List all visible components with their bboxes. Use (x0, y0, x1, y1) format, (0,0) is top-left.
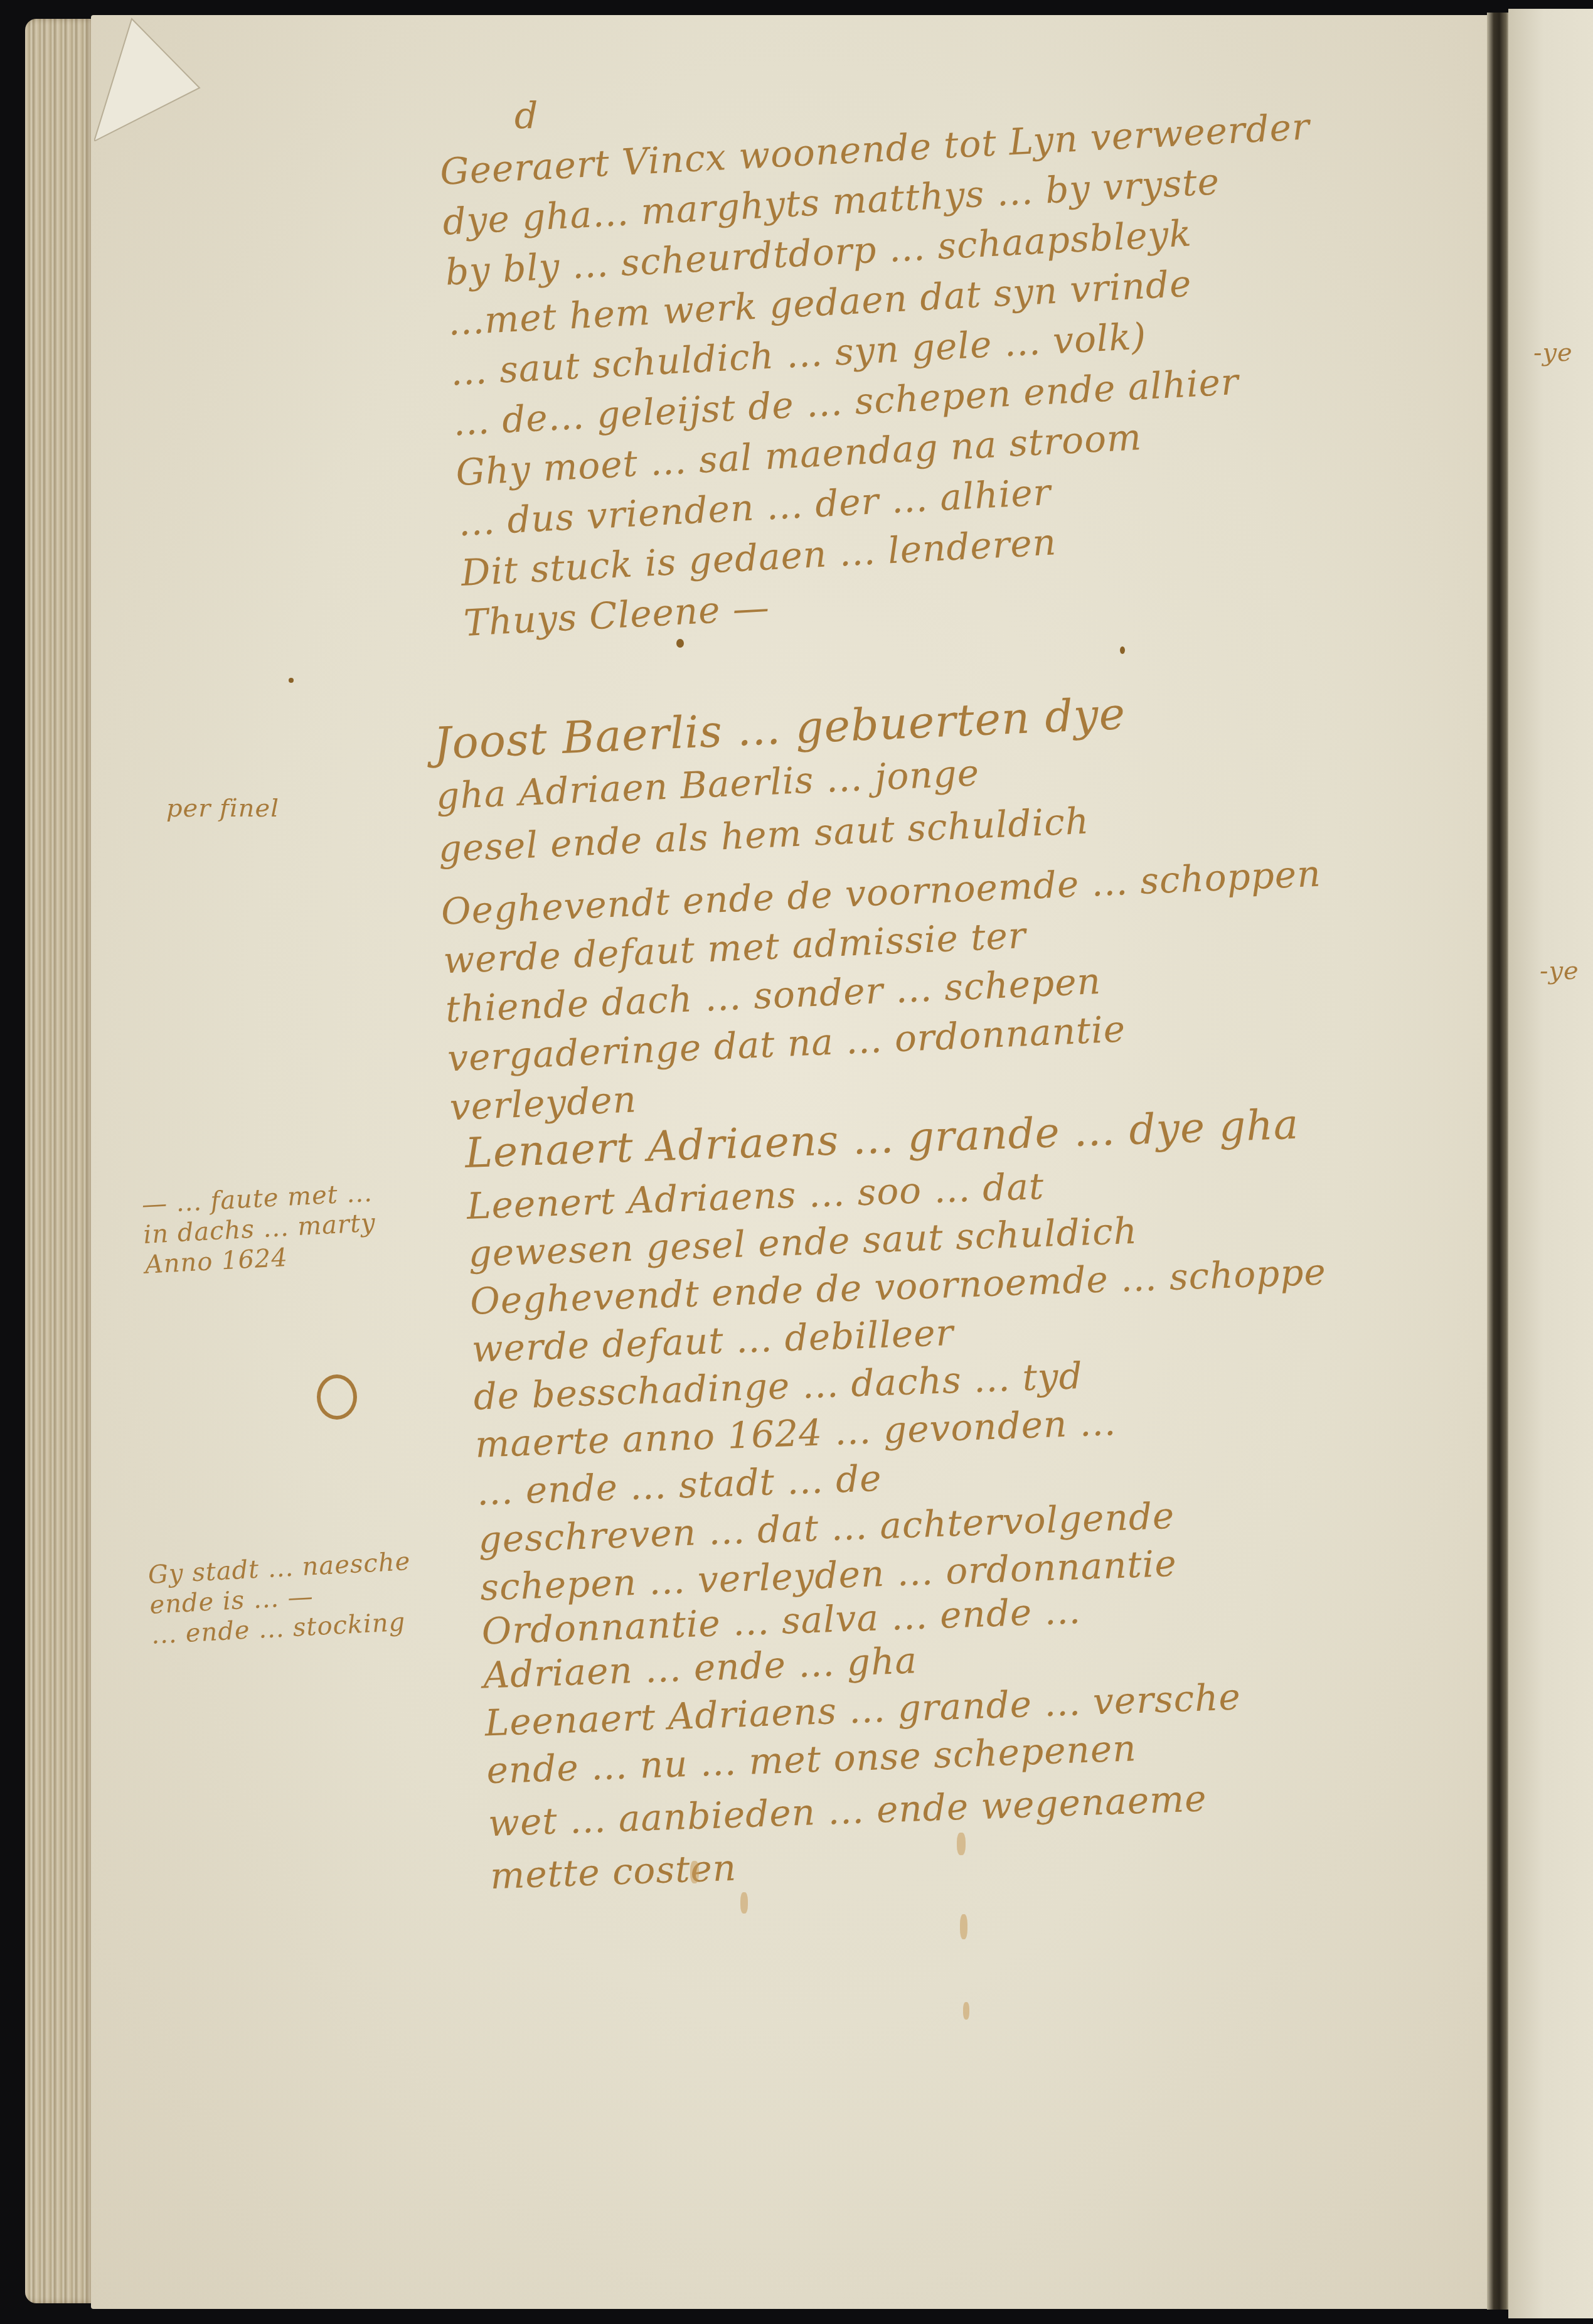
entry-1: Geeraert Vincx woonende tot Lyn verweerd… (439, 108, 1335, 641)
book-page-edges (25, 19, 94, 2303)
ink-stain (957, 1833, 966, 1855)
ink-stain (960, 1914, 967, 1939)
margin-note-block: — ... faute met ... in dachs ... marty A… (141, 1181, 378, 1278)
facing-page-fragment: -ye (1533, 338, 1573, 367)
facing-page-fragment: -ye (1540, 956, 1579, 985)
ink-stain (963, 2002, 969, 2020)
facing-page: -ye -ye (1508, 9, 1593, 2318)
ink-stain (740, 1892, 748, 1914)
entry-3: Lenaert Adriaens ... grande ... dye gha … (464, 1103, 1347, 1894)
entry-2: Joost Baerlis ... gebuerten dye gha Adri… (433, 683, 1330, 1126)
ink-dot (289, 678, 294, 683)
header-mark: d (514, 94, 538, 137)
margin-note-block: Gy stadt ... naesche ende is ... — ... e… (147, 1549, 414, 1648)
binding-gutter (1487, 13, 1510, 2310)
ink-dot (676, 639, 684, 648)
ink-stain (690, 1861, 699, 1883)
margin-note: per finel (166, 794, 279, 823)
circle-mark (317, 1374, 357, 1420)
ink-dot (1120, 646, 1125, 654)
